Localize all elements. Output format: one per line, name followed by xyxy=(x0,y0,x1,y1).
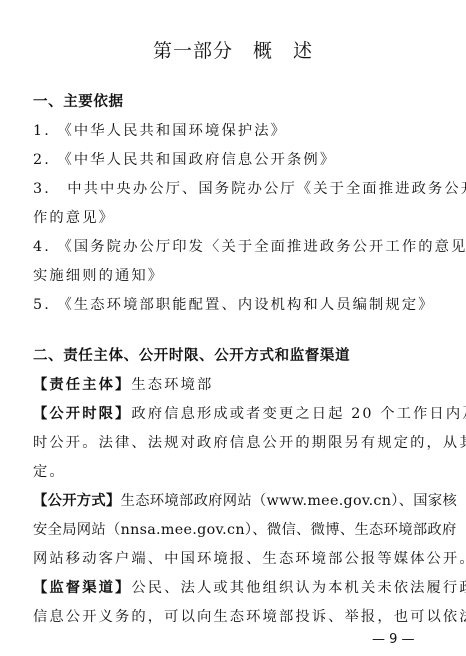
method-line-2: 安全局网站（nnsa.mee.gov.cn）、微信、微博、生态环境部政府 xyxy=(33,520,421,540)
basis-item-1: 1. 《中华人民共和国环境保护法》 xyxy=(33,121,421,141)
timeframe-line-1: 【公开时限】政府信息形成或者变更之日起 20 个工作日内及 xyxy=(33,404,421,424)
basis-item-3: 3. 中共中央办公厅、国务院办公厅《关于全面推进政务公开工 xyxy=(33,179,421,199)
supervision-text-1: 公民、法人或其他组织认为本机关未依法履行政府 xyxy=(131,580,466,596)
section-heading-main-basis: 一、主要依据 xyxy=(33,92,421,112)
timeframe-label: 【公开时限】 xyxy=(33,406,131,422)
timeframe-line-2: 时公开。法律、法规对政府信息公开的期限另有规定的，从其规 xyxy=(33,433,421,453)
basis-item-4-cont: 实施细则的通知》 xyxy=(33,266,421,286)
document-page: 第一部分 概 述 一、主要依据 1. 《中华人民共和国环境保护法》 2. 《中华… xyxy=(0,0,466,656)
timeframe-text-1: 政府信息形成或者变更之日起 20 个工作日内及 xyxy=(131,406,466,422)
method-line-3: 网站移动客户端、中国环境报、生态环境部公报等媒体公开。 xyxy=(33,549,421,569)
page-number: — 9 — xyxy=(372,632,415,647)
responsible-entity: 【责任主体】生态环境部 xyxy=(33,375,421,395)
section-heading-responsibility: 二、责任主体、公开时限、公开方式和监督渠道 xyxy=(33,346,421,366)
method-line-1: 【公开方式】生态环境部政府网站（www.mee.gov.cn）、国家核 xyxy=(33,491,421,511)
supervision-line-1: 【监督渠道】公民、法人或其他组织认为本机关未依法履行政府 xyxy=(33,578,421,598)
basis-item-5: 5. 《生态环境部职能配置、内设机构和人员编制规定》 xyxy=(33,295,421,315)
responsible-text: 生态环境部 xyxy=(131,377,213,393)
responsible-label: 【责任主体】 xyxy=(33,377,131,393)
supervision-line-2: 信息公开义务的，可以向生态环境部投诉、举报，也可以依法申 xyxy=(33,607,421,627)
basis-item-4: 4. 《国务院办公厅印发〈关于全面推进政务公开工作的意见〉 xyxy=(33,237,421,257)
page-title: 第一部分 概 述 xyxy=(0,36,466,63)
supervision-label: 【监督渠道】 xyxy=(33,580,131,596)
basis-item-3-cont: 作的意见》 xyxy=(33,208,421,228)
timeframe-line-3: 定。 xyxy=(33,462,421,482)
basis-item-2: 2. 《中华人民共和国政府信息公开条例》 xyxy=(33,150,421,170)
method-text-1: 生态环境部政府网站（www.mee.gov.cn）、国家核 xyxy=(121,493,457,509)
method-label: 【公开方式】 xyxy=(33,493,121,509)
